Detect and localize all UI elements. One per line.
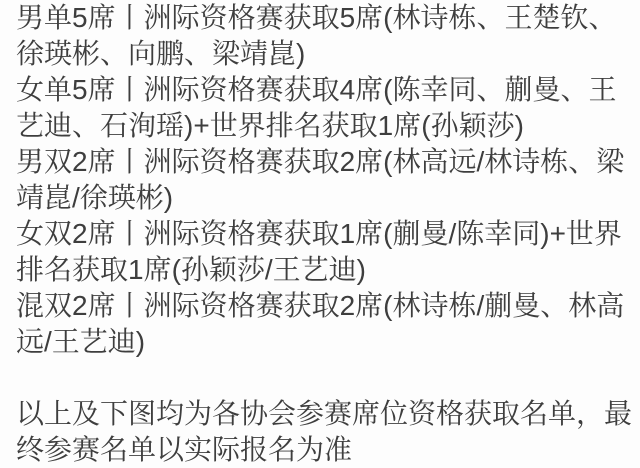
seat-line-womens-singles: 女单5席丨洲际资格赛获取4席(陈幸同、蒯曼、王 xyxy=(16,72,632,108)
seat-line-womens-doubles-cont: 排名获取1席(孙颖莎/王艺迪) xyxy=(16,252,632,288)
paragraph-spacer xyxy=(16,360,632,396)
article-text-block: 男单5席丨洲际资格赛获取5席(林诗栋、王楚钦、 徐瑛彬、向鹏、梁靖崑) 女单5席… xyxy=(0,0,640,468)
note-line-cont: 终参赛名单以实际报名为准 xyxy=(16,432,632,468)
seat-line-mixed-doubles: 混双2席丨洲际资格赛获取2席(林诗栋/蒯曼、林高 xyxy=(16,288,632,324)
seat-line-womens-doubles: 女双2席丨洲际资格赛获取1席(蒯曼/陈幸同)+世界 xyxy=(16,216,632,252)
seat-line-mens-doubles-cont: 靖崑/徐瑛彬) xyxy=(16,180,632,216)
seat-line-mixed-doubles-cont: 远/王艺迪) xyxy=(16,324,632,360)
seat-line-mens-doubles: 男双2席丨洲际资格赛获取2席(林高远/林诗栋、梁 xyxy=(16,144,632,180)
seat-line-womens-singles-cont: 艺迪、石洵瑶)+世界排名获取1席(孙颖莎) xyxy=(16,108,632,144)
note-line: 以上及下图均为各协会参赛席位资格获取名单，最 xyxy=(16,396,632,432)
seat-line-mens-singles: 男单5席丨洲际资格赛获取5席(林诗栋、王楚钦、 xyxy=(16,0,632,36)
seat-line-mens-singles-cont: 徐瑛彬、向鹏、梁靖崑) xyxy=(16,36,632,72)
